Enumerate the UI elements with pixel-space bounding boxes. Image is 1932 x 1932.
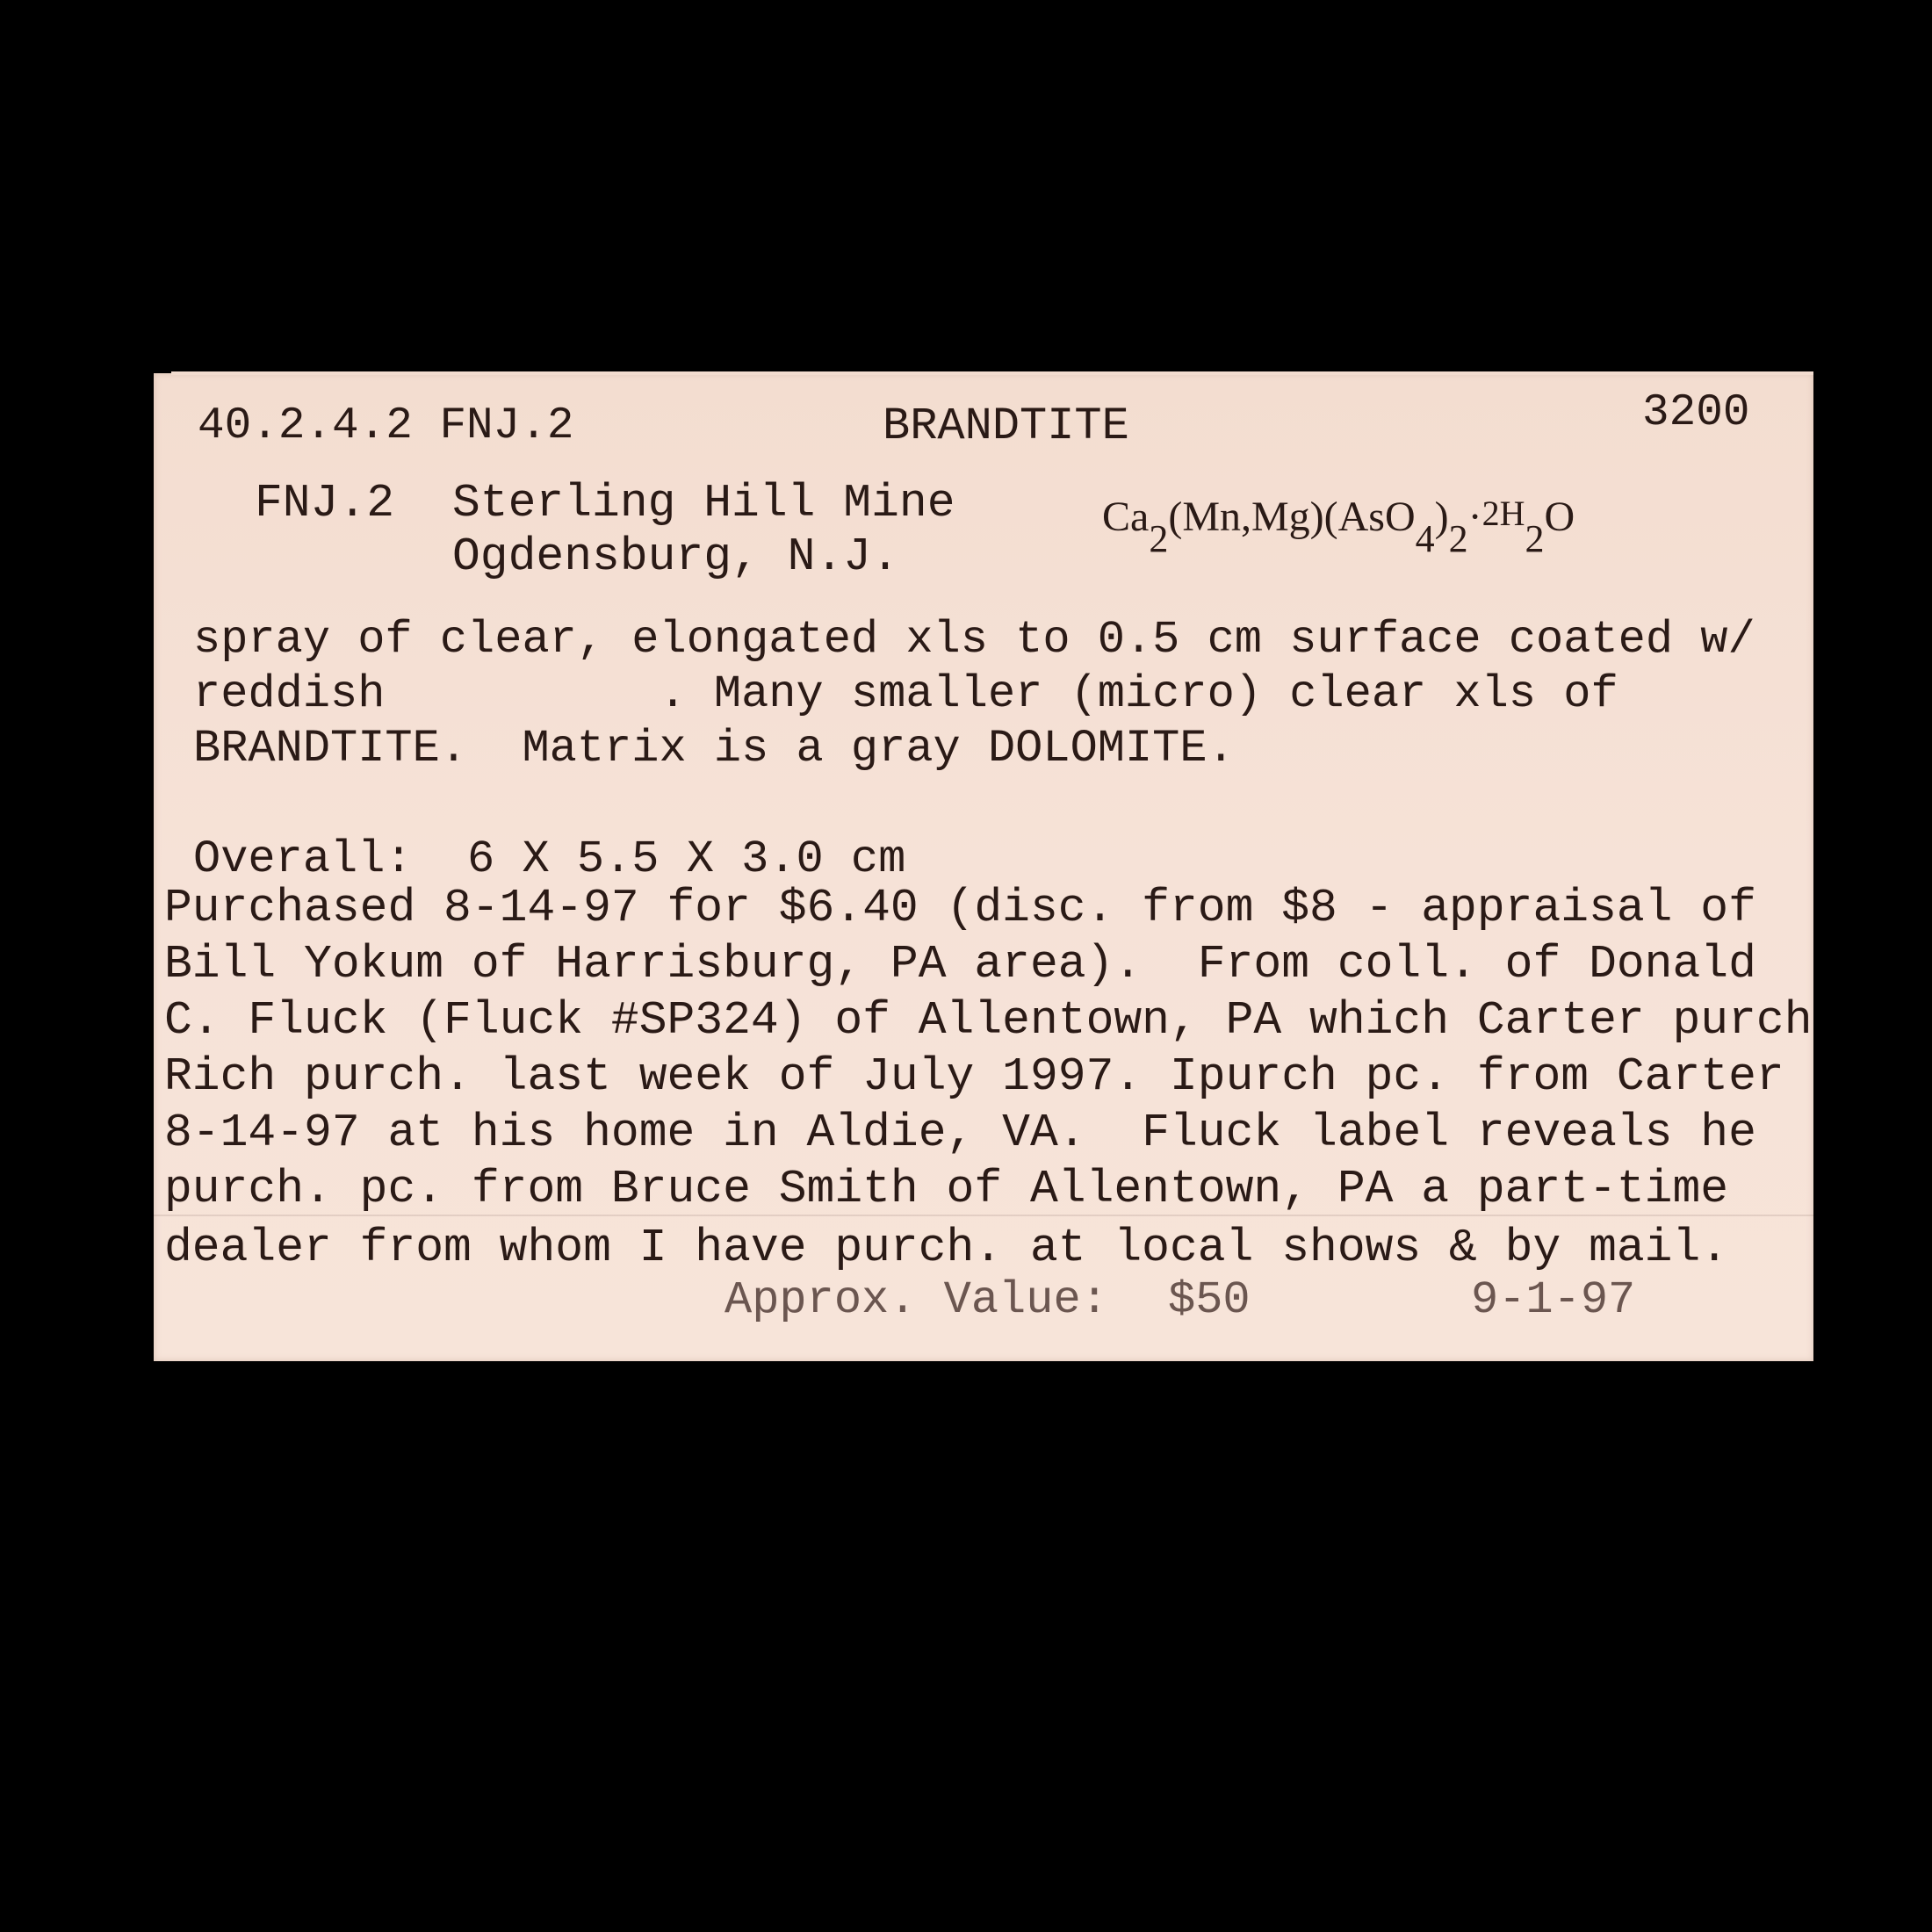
label-date: 9-1-97 — [1471, 1278, 1635, 1323]
classification-code: 40.2.4.2 FNJ.2 — [198, 404, 573, 449]
locality-town: Ogdensburg, N.J. — [452, 534, 899, 580]
overall-dimensions: Overall: 6 X 5.5 X 3.0 cm — [193, 837, 905, 883]
formula-o: O — [1545, 494, 1575, 540]
description-line: spray of clear, elongated xls to 0.5 cm … — [193, 617, 1755, 663]
formula-group-sub: 2 — [1449, 517, 1468, 560]
formula-ca: Ca — [1102, 494, 1149, 540]
formula-as-sub: 4 — [1416, 517, 1435, 560]
chemical-formula: Ca2(Mn,Mg)(AsO4)2·2H2O — [1102, 496, 1575, 559]
provenance-line: dealer from whom I have purch. at local … — [164, 1225, 1728, 1272]
formula-dot: · — [1468, 494, 1482, 540]
formula-ca-sub: 2 — [1149, 517, 1168, 560]
description-line: BRANDTITE. Matrix is a gray DOLOMITE. — [193, 726, 1235, 772]
locality-code: FNJ.2 — [255, 480, 394, 527]
provenance-line: purch. pc. from Bruce Smith of Allentown… — [164, 1166, 1728, 1213]
card-fold-line — [154, 1215, 1813, 1216]
provenance-line: Purchased 8-14-97 for $6.40 (disc. from … — [164, 885, 1756, 932]
description-line: reddish . Many smaller (micro) clear xls… — [193, 672, 1618, 717]
formula-h-sub: 2 — [1525, 517, 1545, 560]
locality-mine: Sterling Hill Mine — [452, 480, 955, 527]
formula-mid: (Mn,Mg)(AsO — [1168, 494, 1415, 540]
formula-close: ) — [1435, 494, 1449, 540]
approx-value: $50 — [1168, 1278, 1251, 1323]
card-edge — [171, 371, 1813, 375]
provenance-line: C. Fluck (Fluck #SP324) of Allentown, PA… — [164, 998, 1813, 1044]
mineral-name: BRANDTITE — [883, 404, 1129, 450]
specimen-label-card: 40.2.4.2 FNJ.2 BRANDTITE 3200 FNJ.2 Ster… — [154, 373, 1813, 1361]
approx-value-label: Approx. Value: — [724, 1278, 1108, 1323]
provenance-line: Bill Yokum of Harrisburg, PA area). From… — [164, 941, 1756, 988]
provenance-line: Rich purch. last week of July 1997. Ipur… — [164, 1054, 1784, 1100]
formula-water: 2H — [1482, 494, 1525, 533]
provenance-line: 8-14-97 at his home in Aldie, VA. Fluck … — [164, 1110, 1756, 1157]
catalog-number: 3200 — [1642, 391, 1749, 436]
